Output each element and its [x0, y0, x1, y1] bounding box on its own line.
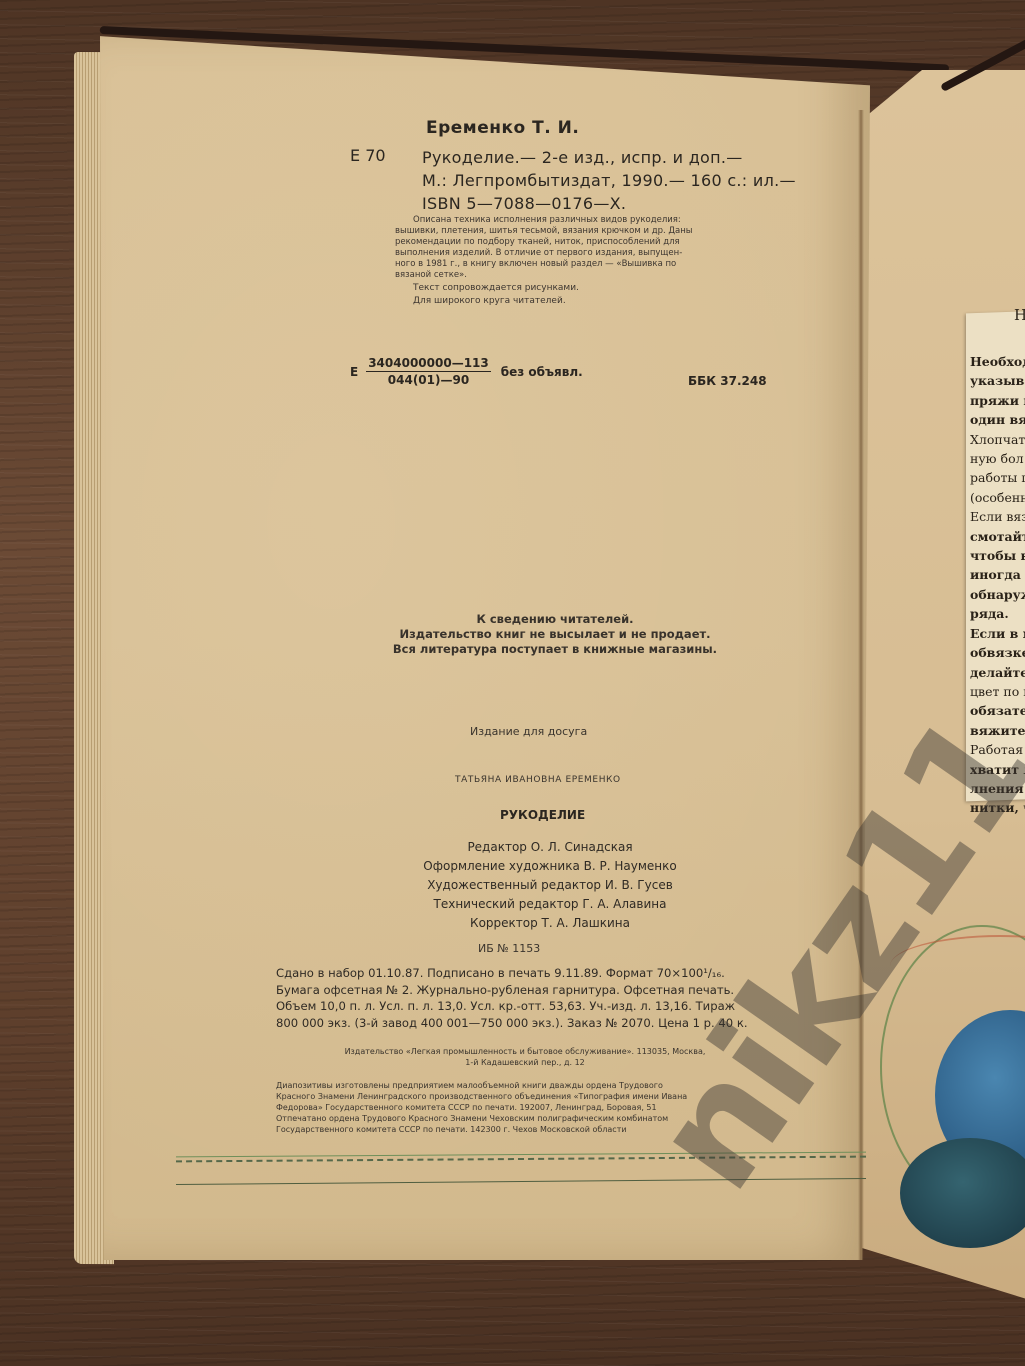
notice-line: Издательство книг не высылает и не прода… — [380, 627, 730, 642]
inset-line: один вяз — [970, 410, 1025, 429]
annotation-extra: Для широкого круга читателей. — [395, 296, 783, 307]
annotation: Описана техника исполнения различных вид… — [395, 215, 783, 307]
index-fraction: Е 3404000000—113 044(01)—90 без объявл. — [350, 356, 583, 387]
annotation-line: вышивки, плетения, шитья тесьмой, вязани… — [395, 226, 783, 237]
bbk-code: ББК 37.248 — [688, 374, 767, 388]
inset-line: ную бол — [970, 449, 1025, 468]
inset-line: ряда. — [970, 604, 1025, 623]
book-title: РУКОДЕЛИЕ — [500, 808, 585, 822]
annotation-line: ного в 1981 г., в книгу включен новый ра… — [395, 259, 783, 270]
bib-line: Рукоделие.— 2-е изд., испр. и доп.— — [422, 146, 796, 169]
book-gutter — [858, 110, 864, 1260]
print-line: Сдано в набор 01.10.87. Подписано в печа… — [276, 965, 792, 982]
fraction-numerator: 3404000000—113 — [366, 356, 491, 372]
notice-line: К сведению читателей. — [380, 612, 730, 627]
credit-line: Редактор О. Л. Синадская — [400, 838, 700, 857]
edition-type: Издание для досуга — [470, 725, 587, 738]
credit-line: Художественный редактор И. В. Гусев — [400, 876, 700, 895]
annotation-line: вязаной сетке». — [395, 270, 783, 281]
inset-line: (особенн — [970, 488, 1025, 507]
inset-line: обнаружи — [970, 585, 1025, 604]
inset-line: обязатель — [970, 701, 1025, 720]
inset-line: Хлопчат — [970, 430, 1025, 449]
author-name: Еременко Т. И. — [426, 118, 579, 138]
reader-notice: К сведению читателей. Издательство книг … — [380, 612, 730, 657]
fraction-stack: 3404000000—113 044(01)—90 — [366, 356, 491, 387]
annotation-line: Описана техника исполнения различных вид… — [395, 215, 783, 226]
inset-line: пряжи в — [970, 391, 1025, 410]
annotation-extra: Текст сопровождается рисунками. — [395, 283, 783, 294]
inset-line: Если в м — [970, 624, 1025, 643]
catalog-code: Е 70 — [350, 146, 386, 165]
inset-heading: Н — [1014, 306, 1025, 324]
inset-line: Необход — [970, 352, 1025, 371]
index-letter: Е — [350, 365, 358, 379]
no-advert-note: без объявл. — [501, 365, 583, 379]
bibliographic-record: Рукоделие.— 2-е изд., испр. и доп.— М.: … — [422, 146, 796, 215]
inset-line: обвязке — [970, 643, 1025, 662]
bib-line: М.: Легпромбытиздат, 1990.— 160 с.: ил.— — [422, 169, 796, 192]
credit-line: Корректор Т. А. Лашкина — [400, 914, 700, 933]
inset-line: указыва — [970, 371, 1025, 390]
inset-line: цвет по ц — [970, 682, 1025, 701]
inset-line: Если вяз — [970, 507, 1025, 526]
annotation-line: рекомендации по подбору тканей, ниток, п… — [395, 237, 783, 248]
inset-line: иногда — [970, 565, 1025, 584]
bib-line: ISBN 5—7088—0176—Х. — [422, 192, 796, 215]
notice-line: Вся литература поступает в книжные магаз… — [380, 642, 730, 657]
annotation-line: выполнения изделий. В отличие от первого… — [395, 248, 783, 259]
inset-line: работы п — [970, 468, 1025, 487]
inset-line: чтобы в — [970, 546, 1025, 565]
credits: Редактор О. Л. Синадская Оформление худо… — [400, 838, 700, 933]
ib-number: ИБ № 1153 — [478, 942, 540, 955]
credit-line: Технический редактор Г. А. Алавина — [400, 895, 700, 914]
inset-line: смотайте — [970, 527, 1025, 546]
credit-line: Оформление художника В. Р. Науменко — [400, 857, 700, 876]
author-full-name: ТАТЬЯНА ИВАНОВНА ЕРЕМЕНКО — [455, 775, 621, 785]
fraction-denominator: 044(01)—90 — [388, 372, 469, 387]
inset-line: делайте — [970, 663, 1025, 682]
